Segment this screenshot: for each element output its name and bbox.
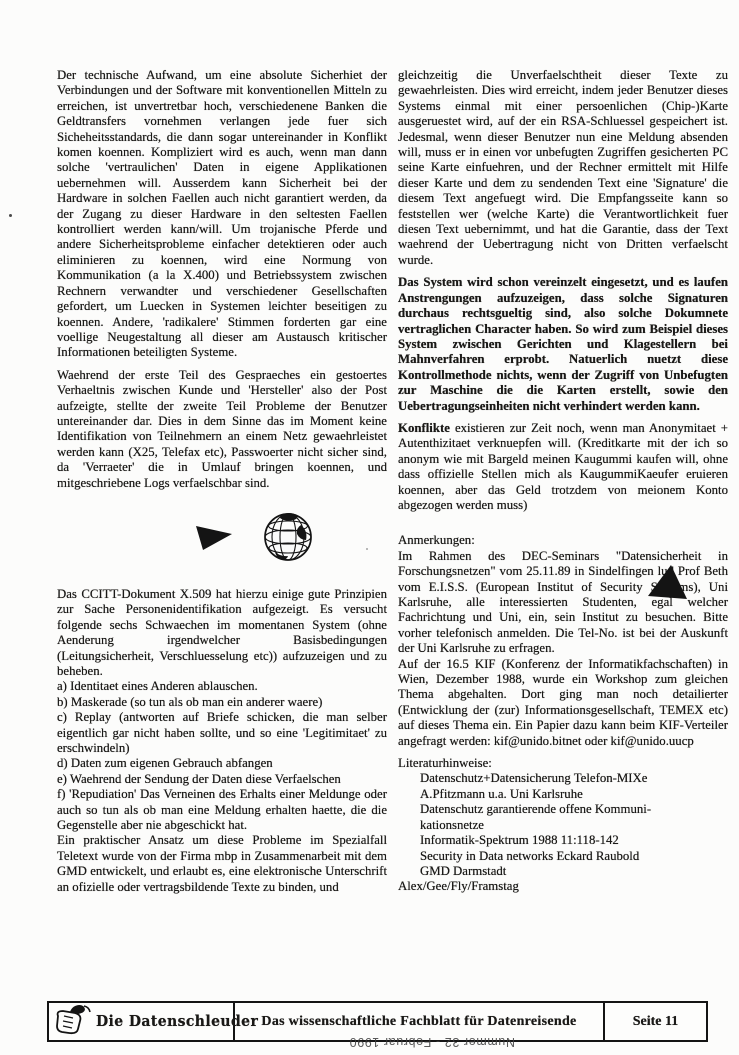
footer-brand-cell: Die Datenschleuder — [49, 1003, 235, 1040]
literature-line: kationsnetze — [398, 818, 728, 833]
list-item: e) Waehrend der Sendung der Daten diese … — [57, 772, 387, 787]
literature-line: Datenschutz garantierende offene Kommuni… — [398, 802, 728, 817]
triangle-right-icon — [195, 520, 233, 555]
paragraph: Der technische Aufwand, um eine absolute… — [57, 68, 387, 361]
scan-speck — [9, 214, 12, 217]
literature-line: A.Pfitzmann u.a. Uni Karlsruhe — [398, 787, 728, 802]
author-signature: Alex/Gee/Fly/Framstag — [398, 879, 728, 894]
left-column: Der technische Aufwand, um eine absolute… — [57, 68, 387, 895]
triangle-up-icon — [648, 564, 688, 605]
list-item: d) Daten zum eigenen Gebrauch abfangen — [57, 756, 387, 771]
pointing-hand-icon — [54, 1002, 96, 1041]
paragraph: Auf der 16.5 KIF (Konferenz der Informat… — [398, 657, 728, 749]
section-heading: Literaturhinweise: — [398, 756, 728, 771]
section-heading: Anmerkungen: — [398, 533, 728, 548]
literature-line: GMD Darmstadt — [398, 864, 728, 879]
bold-lead-word: Konflikte — [398, 421, 450, 435]
right-column: gleichzeitig die Unverfaelschtheit diese… — [398, 68, 728, 895]
globe-icon — [263, 508, 313, 568]
paragraph: Konflikte existieren zur Zeit noch, wenn… — [398, 421, 728, 513]
footer-page-number: Seite 11 — [605, 1003, 706, 1040]
paragraph: Ein praktischer Ansatz um diese Probleme… — [57, 833, 387, 895]
paragraph: Das CCITT-Dokument X.509 hat hierzu eini… — [57, 587, 387, 679]
list-item: c) Replay (antworten auf Briefe schicken… — [57, 710, 387, 756]
issue-number-rotated: Nummer 32 - Februar 1990 — [322, 1035, 542, 1049]
literature-line: Informatik-Spektrum 1988 11:118-142 — [398, 833, 728, 848]
list-item: a) Identitaet eines Anderen ablauschen. — [57, 679, 387, 694]
paragraph: gleichzeitig die Unverfaelschtheit diese… — [398, 68, 728, 268]
list-item: f) 'Repudiation' Das Verneinen des Erhal… — [57, 787, 387, 833]
divider-graphics — [195, 507, 387, 569]
literature-line: Security in Data networks Eckard Raubold — [398, 849, 728, 864]
paragraph-lead-word: Das System wird schon vereinzelt eingese… — [398, 275, 728, 412]
paragraph: Das System wird schon vereinzelt eingese… — [398, 275, 728, 414]
paragraph: Waehrend der erste Teil des Gespraeches … — [57, 368, 387, 491]
list-item: b) Maskerade (so tun als ob man ein ande… — [57, 695, 387, 710]
brand-name: Die Datenschleuder — [96, 1013, 258, 1030]
literature-line: Datenschutz+Datensicherung Telefon-MIXe — [398, 771, 728, 786]
